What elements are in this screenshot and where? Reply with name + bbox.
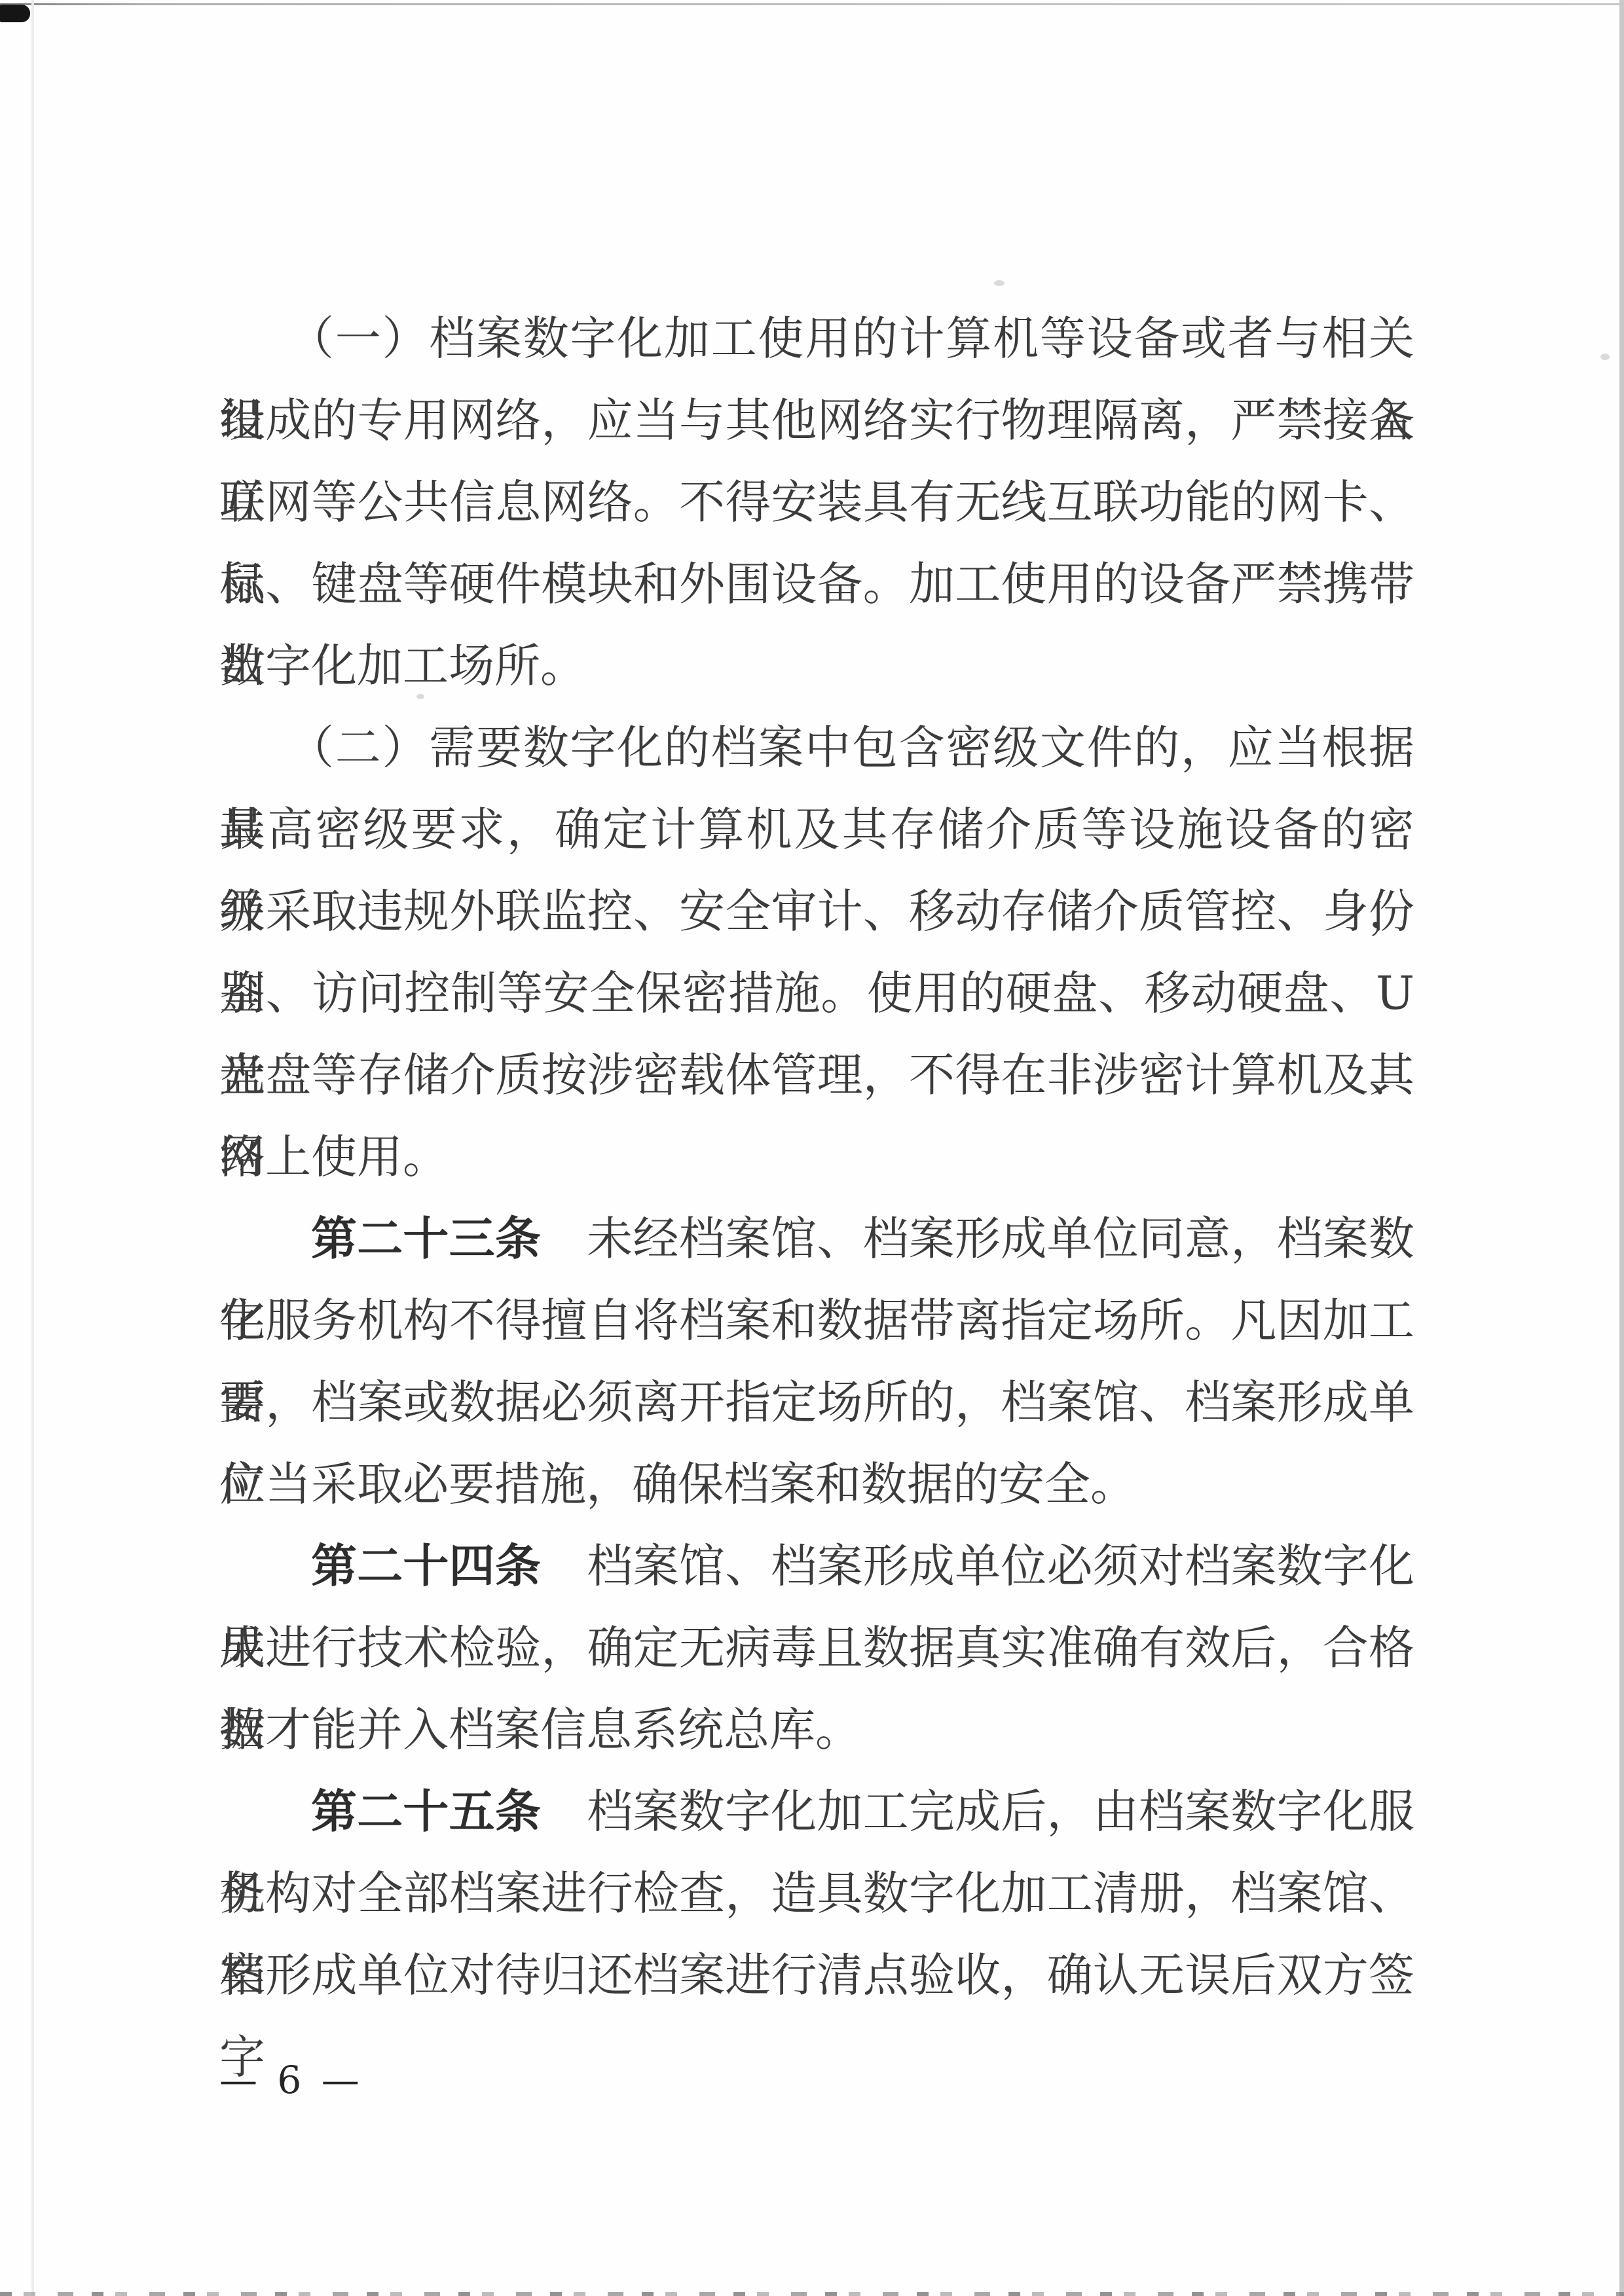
text-segment: 据才能并入档案信息系统总库。 [219, 1703, 861, 1757]
paragraph: 第二十三条 未经档案馆、档案形成单位同意，档案数字化服务机构不得擅自将档案和数据… [219, 1198, 1414, 1525]
page-number: — 6 — [219, 2057, 363, 2103]
text-line: （二）需要数字化的档案中包含密级文件的，应当根据其 [219, 707, 1414, 789]
text-segment: 数字化加工场所。 [219, 639, 586, 693]
document-body: （一）档案数字化加工使用的计算机等设备或者与相关设备组成的专用网络，应当与其他网… [219, 298, 1414, 2016]
text-line: 标、键盘等硬件模块和外围设备。加工使用的设备严禁携带出 [219, 543, 1414, 625]
text-line: 第二十五条 档案数字化加工完成后，由档案数字化服务 [219, 1771, 1414, 1853]
text-line: 并采取违规外联监控、安全审计、移动存储介质管控、身份鉴 [219, 871, 1414, 953]
text-segment: 络上使用。 [219, 1130, 449, 1184]
text-line: 联网等公共信息网络。不得安装具有无线互联功能的网卡、鼠 [219, 462, 1414, 543]
text-line: 数字化加工场所。 [219, 625, 1414, 707]
text-segment: 案形成单位对待归还档案进行清点验收，确认无误后双方签字 [219, 1948, 1414, 2084]
scan-top-edge-line [0, 3, 1624, 5]
text-segment: 应当采取必要措施，确保档案和数据的安全。 [219, 1457, 1136, 1511]
paragraph: 第二十五条 档案数字化加工完成后，由档案数字化服务机构对全部档案进行检查，造具数… [219, 1771, 1414, 2016]
paragraph: 第二十四条 档案馆、档案形成单位必须对档案数字化成果进行技术检验，确定无病毒且数… [219, 1525, 1414, 1771]
scan-right-edge-line [1619, 0, 1624, 2296]
text-line: 最高密级要求，确定计算机及其存储介质等设施设备的密级， [219, 789, 1414, 871]
scan-speck [994, 280, 1005, 286]
scan-bottom-edge-noise [0, 2292, 1624, 2296]
text-line: （一）档案数字化加工使用的计算机等设备或者与相关设备 [219, 298, 1414, 380]
text-line: 别、访问控制等安全保密措施。使用的硬盘、移动硬盘、U 盘、 [219, 953, 1414, 1034]
text-line: 光盘等存储介质按涉密载体管理，不得在非涉密计算机及其网 [219, 1034, 1414, 1116]
article-number: 第二十四条 [311, 1539, 541, 1593]
text-line: 第二十三条 未经档案馆、档案形成单位同意，档案数字 [219, 1198, 1414, 1280]
text-line: 应当采取必要措施，确保档案和数据的安全。 [219, 1444, 1414, 1525]
text-line: 络上使用。 [219, 1116, 1414, 1198]
scan-fold-line [31, 0, 34, 2296]
text-line: 果进行技术检验，确定无病毒且数据真实准确有效后，合格数 [219, 1607, 1414, 1689]
article-number: 第二十三条 [311, 1212, 541, 1266]
text-line: 机构对全部档案进行检查，造具数字化加工清册，档案馆、档 [219, 1853, 1414, 1935]
text-line: 案形成单位对待归还档案进行清点验收，确认无误后双方签字 [219, 1935, 1414, 2016]
paragraph: （二）需要数字化的档案中包含密级文件的，应当根据其最高密级要求，确定计算机及其存… [219, 707, 1414, 1198]
scan-speck [1600, 354, 1610, 360]
paragraph: （一）档案数字化加工使用的计算机等设备或者与相关设备组成的专用网络，应当与其他网… [219, 298, 1414, 707]
text-line: 要，档案或数据必须离开指定场所的，档案馆、档案形成单位 [219, 1362, 1414, 1444]
scan-corner-mark [0, 5, 30, 22]
text-line: 组成的专用网络，应当与其他网络实行物理隔离，严禁接入互 [219, 380, 1414, 462]
article-number: 第二十五条 [311, 1785, 541, 1838]
text-line: 据才能并入档案信息系统总库。 [219, 1689, 1414, 1771]
text-line: 第二十四条 档案馆、档案形成单位必须对档案数字化成 [219, 1525, 1414, 1607]
text-line: 化服务机构不得擅自将档案和数据带离指定场所。凡因加工需 [219, 1280, 1414, 1362]
document-page: （一）档案数字化加工使用的计算机等设备或者与相关设备组成的专用网络，应当与其他网… [0, 0, 1624, 2296]
